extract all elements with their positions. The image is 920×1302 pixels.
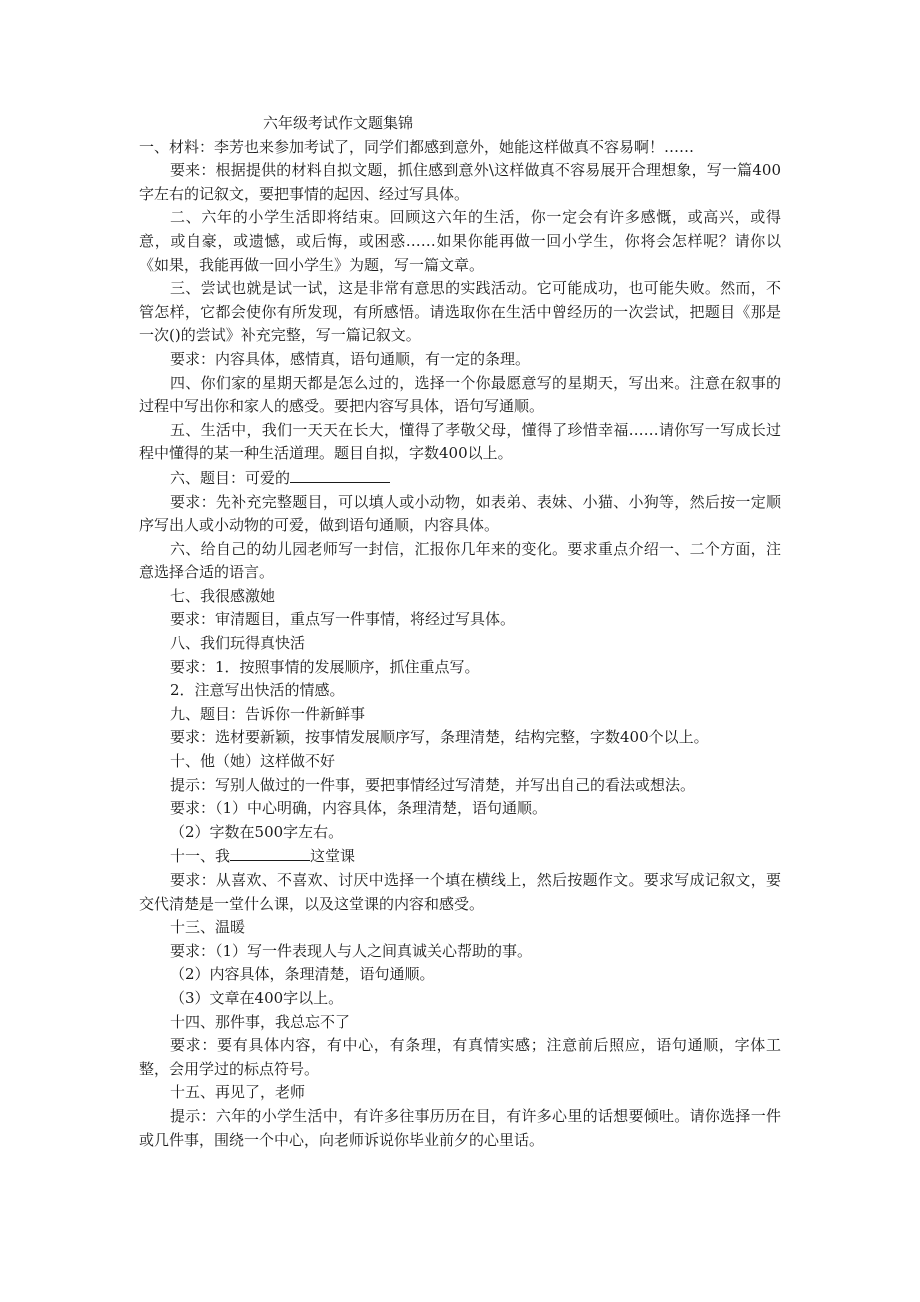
paragraph: 要求：先补充完整题目，可以填人或小动物，如表弟、表妹、小猫、小狗等，然后按一定顺…	[139, 491, 781, 538]
paragraph: 要求：1．按照事情的发展顺序，抓住重点写。	[139, 656, 781, 680]
paragraph: 十三、温暖	[139, 916, 781, 940]
fill-in-blank	[230, 844, 310, 861]
paragraph-text: 要求：先补充完整题目，可以填人或小动物，如表弟、表妹、小猫、小狗等，然后按一定顺…	[139, 493, 781, 535]
paragraph: 九、题目：告诉你一件新鲜事	[139, 703, 781, 727]
paragraph-text: （2）内容具体，条理清楚，语句通顺。	[170, 965, 435, 983]
paragraph-text: 九、题目：告诉你一件新鲜事	[170, 705, 365, 723]
paragraph: 五、生活中，我们一天天在长大，懂得了孝敬父母，懂得了珍惜幸福……请你写一写成长过…	[139, 419, 781, 466]
fill-in-blank	[290, 466, 390, 483]
paragraph: 2．注意写出快活的情感。	[139, 679, 781, 703]
paragraph: 二、六年的小学生活即将结束。回顾这六年的生活，你一定会有许多感慨，或高兴，或得意…	[139, 206, 781, 277]
paragraph: 要求：审清题目，重点写一件事情，将经过写具体。	[139, 608, 781, 632]
paragraph-text: 十五、再见了，老师	[170, 1083, 305, 1101]
paragraph-text: 十三、温暖	[170, 918, 245, 936]
paragraph: 要求：（1）中心明确，内容具体，条理清楚，语句通顺。	[139, 797, 781, 821]
paragraph-text: 十一、我	[170, 847, 230, 865]
paragraph-text: 十、他（她）这样做不好	[170, 752, 335, 770]
paragraph-text: 要求：从喜欢、不喜欢、讨厌中选择一个填在横线上，然后按题作文。要求写成记叙文，要…	[139, 871, 781, 913]
paragraph: 七、我很感激她	[139, 585, 781, 609]
document-page: 六年级考试作文题集锦 一、材料：李芳也来参加考试了，同学们都感到意外，她能这样做…	[139, 112, 781, 1152]
paragraph: 三、尝试也就是试一试，这是非常有意思的实践活动。它可能成功，也可能失败。然而，不…	[139, 277, 781, 348]
paragraph: （2）内容具体，条理清楚，语句通顺。	[139, 963, 781, 987]
paragraph-text: 一、材料：李芳也来参加考试了，同学们都感到意外，她能这样做真不容易啊！……	[139, 138, 694, 156]
paragraph-text: 要求：（1）中心明确，内容具体，条理清楚，语句通顺。	[170, 799, 547, 817]
paragraph: 六、给自己的幼儿园老师写一封信，汇报你几年来的变化。要求重点介绍一、二个方面，注…	[139, 538, 781, 585]
paragraph-text: 要求：审清题目，重点写一件事情，将经过写具体。	[170, 610, 515, 628]
paragraph-text: 要求：内容具体，感情真，语句通顺，有一定的条理。	[170, 350, 530, 368]
paragraph: 要求：（1）写一件表现人与人之间真诚关心帮助的事。	[139, 940, 781, 964]
paragraph-text: 三、尝试也就是试一试，这是非常有意思的实践活动。它可能成功，也可能失败。然而，不…	[139, 279, 781, 344]
paragraph-text-after-blank: 这堂课	[310, 847, 355, 865]
paragraph-text: 要求：要有具体内容，有中心，有条理，有真情实感；注意前后照应，语句通顺，字体工整…	[139, 1036, 781, 1078]
paragraph-text: 六、给自己的幼儿园老师写一封信，汇报你几年来的变化。要求重点介绍一、二个方面，注…	[139, 540, 781, 582]
paragraph: 要求：从喜欢、不喜欢、讨厌中选择一个填在横线上，然后按题作文。要求写成记叙文，要…	[139, 869, 781, 916]
paragraph: 一、材料：李芳也来参加考试了，同学们都感到意外，她能这样做真不容易啊！……	[139, 136, 781, 160]
paragraph: 八、我们玩得真快活	[139, 632, 781, 656]
paragraph-text: 要求：选材要新颖，按事情发展顺序写，条理清楚，结构完整，字数400个以上。	[170, 728, 709, 746]
paragraph-text: 提示：六年的小学生活中，有许多往事历历在目，有许多心里的话想要倾吐。请你选择一件…	[139, 1107, 781, 1149]
paragraph-text: 要来：根据提供的材料自拟文题，抓住感到意外\这样做真不容易展开合理想象，写一篇4…	[139, 161, 781, 203]
paragraph: 要求：要有具体内容，有中心，有条理，有真情实感；注意前后照应，语句通顺，字体工整…	[139, 1034, 781, 1081]
paragraph-text: 十四、那件事，我总忘不了	[170, 1013, 350, 1031]
paragraph: 要来：根据提供的材料自拟文题，抓住感到意外\这样做真不容易展开合理想象，写一篇4…	[139, 159, 781, 206]
paragraph-text: （2）字数在500字左右。	[170, 823, 343, 841]
paragraph: 四、你们家的星期天都是怎么过的，选择一个你最愿意写的星期天，写出来。注意在叙事的…	[139, 372, 781, 419]
paragraph-text: 要求：（1）写一件表现人与人之间真诚关心帮助的事。	[170, 942, 532, 960]
paragraph-text: 五、生活中，我们一天天在长大，懂得了孝敬父母，懂得了珍惜幸福……请你写一写成长过…	[139, 421, 781, 463]
paragraph-text: 六、题目：可爱的	[170, 469, 290, 487]
paragraph-text: 要求：1．按照事情的发展顺序，抓住重点写。	[170, 658, 480, 676]
paragraph: （3）文章在400字以上。	[139, 987, 781, 1011]
paragraph-text: 八、我们玩得真快活	[170, 634, 305, 652]
document-title: 六年级考试作文题集锦	[139, 112, 781, 136]
paragraph: 提示：六年的小学生活中，有许多往事历历在目，有许多心里的话想要倾吐。请你选择一件…	[139, 1105, 781, 1152]
paragraph: （2）字数在500字左右。	[139, 821, 781, 845]
paragraph: 十、他（她）这样做不好	[139, 750, 781, 774]
paragraph: 十四、那件事，我总忘不了	[139, 1011, 781, 1035]
paragraph-text: 2．注意写出快活的情感。	[170, 681, 345, 699]
paragraph: 提示：写别人做过的一件事，要把事情经过写清楚，并写出自己的看法或想法。	[139, 774, 781, 798]
paragraph: 六、题目：可爱的	[139, 466, 781, 491]
paragraph-text: （3）文章在400字以上。	[170, 989, 343, 1007]
paragraph-text: 提示：写别人做过的一件事，要把事情经过写清楚，并写出自己的看法或想法。	[170, 776, 695, 794]
document-body: 一、材料：李芳也来参加考试了，同学们都感到意外，她能这样做真不容易啊！……要来：…	[139, 136, 781, 1153]
paragraph: 十一、我这堂课	[139, 844, 781, 869]
paragraph-text: 四、你们家的星期天都是怎么过的，选择一个你最愿意写的星期天，写出来。注意在叙事的…	[139, 374, 781, 416]
paragraph: 要求：内容具体，感情真，语句通顺，有一定的条理。	[139, 348, 781, 372]
paragraph: 要求：选材要新颖，按事情发展顺序写，条理清楚，结构完整，字数400个以上。	[139, 726, 781, 750]
paragraph-text: 二、六年的小学生活即将结束。回顾这六年的生活，你一定会有许多感慨，或高兴，或得意…	[139, 208, 781, 273]
paragraph: 十五、再见了，老师	[139, 1081, 781, 1105]
paragraph-text: 七、我很感激她	[170, 587, 275, 605]
